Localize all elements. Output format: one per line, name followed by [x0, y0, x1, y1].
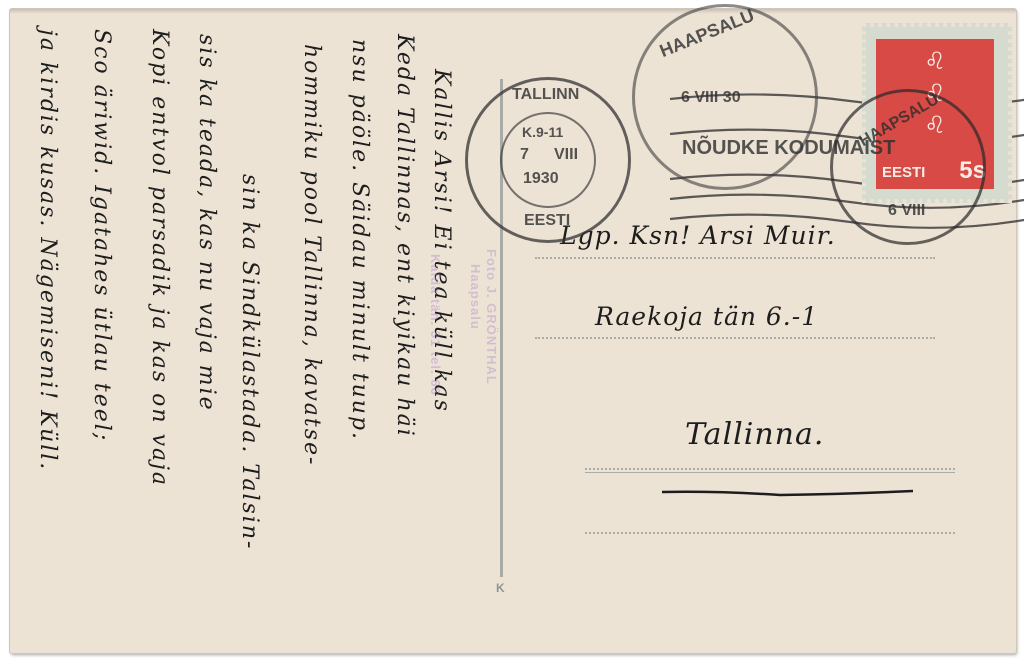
tallinn-postmark-year: 1930	[523, 170, 559, 188]
stamp-cancel-postmark: HAAPSALU 6 VIII	[830, 89, 986, 245]
address-rule-4	[585, 532, 955, 534]
stamp-cancel-city: HAAPSALU	[856, 91, 942, 151]
publisher-stamp-line-2: Haapsalu	[468, 264, 483, 330]
message-line-3: nsu päöle. Säidau minult tuup.	[348, 39, 370, 441]
message-line-5: sin ka Sindkülastada. Talsin-	[238, 174, 260, 550]
message-line-9: ja kirdis kusas. Nägemiseni! Küll.	[36, 29, 58, 471]
tallinn-postmark-city: TALLINN	[512, 86, 579, 104]
address-street: Raekoja tän 6.-1	[595, 302, 818, 331]
divider-mark: K	[496, 581, 505, 595]
tallinn-postmark-month: VIII	[554, 146, 578, 164]
message-line-6: sis ka teada, kas nu vaja mie	[195, 34, 217, 412]
address-rule-3	[585, 468, 955, 470]
stamp-cancel-date: 6 VIII	[888, 202, 925, 220]
message-line-8: Sco äriwid. Igatahes ütlau teel;	[90, 29, 112, 442]
address-rule-2	[535, 337, 935, 339]
address-rule-3-solid	[585, 472, 955, 473]
lion-icon: ♌︎	[898, 47, 972, 75]
message-line-2: Keda Tallinnas, ent kiyikau häi	[393, 34, 415, 438]
publisher-stamp-line-1: Foto J. GRÖNTHAL	[484, 249, 499, 385]
postcard: Kallis Arsi! Ei tea küll kas Keda Tallin…	[10, 9, 1016, 653]
address-city: Tallinna.	[685, 417, 824, 452]
tallinn-postmark-country: EESTI	[524, 212, 570, 230]
tallinn-postmark-day: 7	[520, 146, 529, 164]
card-edge-shadow	[10, 9, 1016, 14]
haapsalu-postmark-date: 6 VIII 30	[681, 89, 741, 107]
haapsalu-postmark: HAAPSALU 6 VIII 30	[632, 4, 818, 190]
city-underline	[660, 489, 915, 497]
publisher-stamp-line-3: Kalda tän. 31 tel. 66	[428, 254, 443, 396]
message-line-7: Kopi entvol parsadik ja kas on vaja	[148, 29, 170, 487]
address-rule-1	[535, 257, 935, 259]
message-line-4: hommiku pool Tallinna, kavatse-	[300, 44, 322, 466]
tallinn-postmark: TALLINN K.9-11 7 VIII 1930 EESTI	[465, 77, 631, 243]
tallinn-postmark-time: K.9-11	[522, 124, 563, 140]
